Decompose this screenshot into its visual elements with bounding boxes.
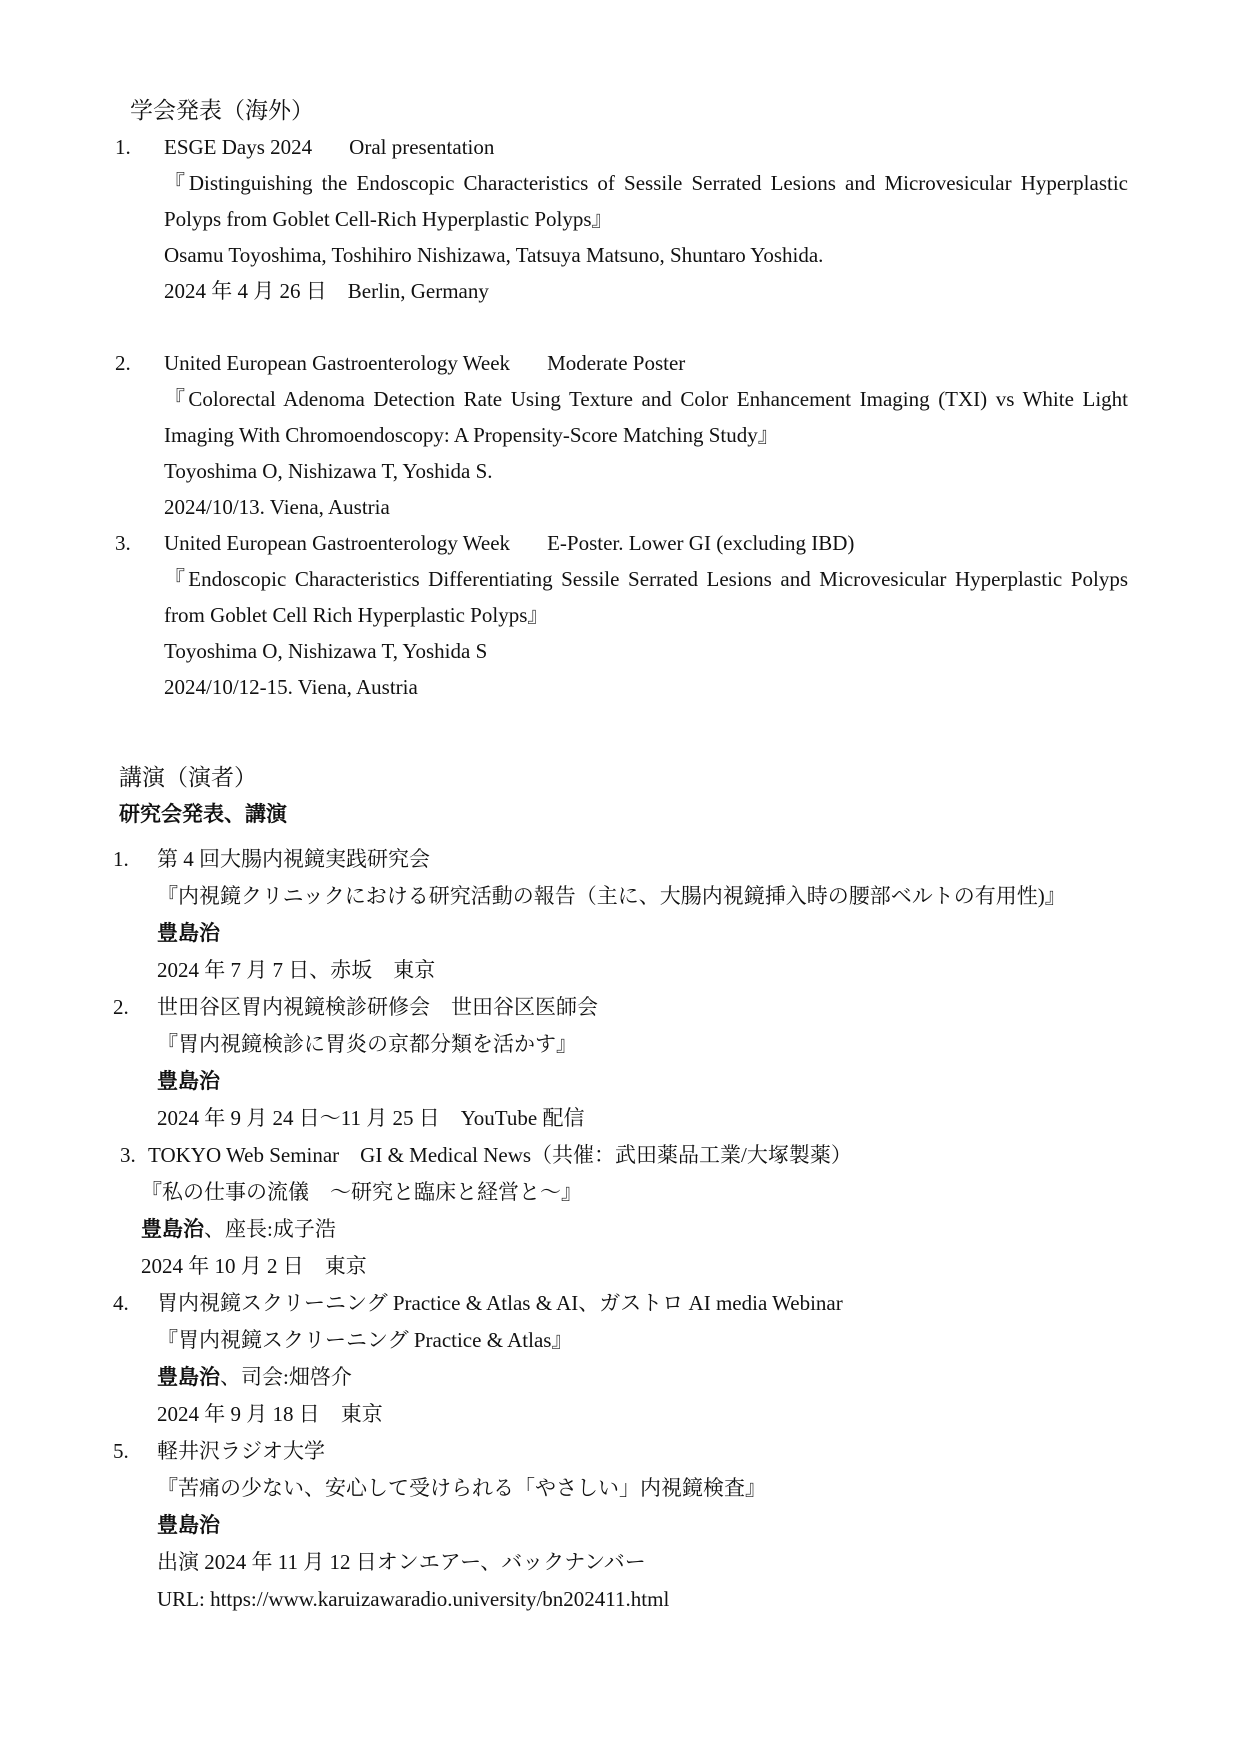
date-location: 2024/10/12-15. Viena, Austria <box>164 669 1128 705</box>
date-line: 2024 年 7 月 7 日、赤坂 東京 <box>157 952 1128 989</box>
item-number: 5. <box>113 1433 129 1470</box>
event-line: ESGE Days 2024Oral presentation <box>164 129 1128 165</box>
overseas-presentation-list: 1. ESGE Days 2024Oral presentation 『Dist… <box>115 129 1128 705</box>
lecture-item: 5. 軽井沢ラジオ大学 『苦痛の少ない、安心して受けられる「やさしい」内視鏡検査… <box>113 1433 1128 1618</box>
event-line: United European Gastroenterology WeekMod… <box>164 345 1128 381</box>
date-line: 2024 年 9 月 18 日 東京 <box>157 1396 1128 1433</box>
lecture-title: 『苦痛の少ない、安心して受けられる「やさしい」内視鏡検査』 <box>157 1470 1128 1507</box>
item-number: 2. <box>115 345 131 381</box>
lecture-title: 『内視鏡クリニックにおける研究活動の報告（主に、大腸内視鏡挿入時の腰部ベルトの有… <box>157 878 1128 915</box>
speaker-line: 豊島治 <box>157 1507 1128 1544</box>
event-name: 胃内視鏡スクリーニング Practice & Atlas & AI、ガストロ A… <box>157 1285 1128 1322</box>
presentation-title: 『Distinguishing the Endoscopic Character… <box>164 165 1128 237</box>
lecture-title: 『私の仕事の流儀 ～研究と臨床と経営と～』 <box>141 1174 1128 1211</box>
lecture-list: 1. 第 4 回大腸内視鏡実践研究会 『内視鏡クリニックにおける研究活動の報告（… <box>113 841 1128 1618</box>
event-name: United European Gastroenterology Week <box>164 531 510 555</box>
date-location: 2024 年 4 月 26 日 Berlin, Germany <box>164 273 1128 309</box>
authors: Toyoshima O, Nishizawa T, Yoshida S <box>164 633 1128 669</box>
event-name: TOKYO Web Seminar GI & Medical News（共催：武… <box>148 1137 1128 1174</box>
event-name: 第 4 回大腸内視鏡実践研究会 <box>157 841 1128 878</box>
event-line: United European Gastroenterology WeekE-P… <box>164 525 1128 561</box>
date-line: 2024 年 9 月 24 日～11 月 25 日 YouTube 配信 <box>157 1100 1128 1137</box>
speaker-name: 豊島治 <box>141 1217 204 1241</box>
event-name: 軽井沢ラジオ大学 <box>157 1433 1128 1470</box>
item-number: 4. <box>113 1285 129 1322</box>
session-type: E-Poster. Lower GI (excluding IBD) <box>547 531 854 555</box>
event-name: 世田谷区胃内視鏡検診研修会 世田谷区医師会 <box>157 989 1128 1026</box>
speaker-name: 豊島治 <box>157 1513 220 1537</box>
speaker-line: 豊島治、座長:成子浩 <box>141 1211 1128 1248</box>
lecture-item: 2. 世田谷区胃内視鏡検診研修会 世田谷区医師会 『胃内視鏡検診に胃炎の京都分類… <box>113 989 1128 1137</box>
item-number: 3. <box>120 1137 136 1174</box>
authors: Toyoshima O, Nishizawa T, Yoshida S. <box>164 453 1128 489</box>
lecture-title: 『胃内視鏡検診に胃炎の京都分類を活かす』 <box>157 1026 1128 1063</box>
speaker-line: 豊島治、司会:畑啓介 <box>157 1359 1128 1396</box>
lecture-title: 『胃内視鏡スクリーニング Practice & Atlas』 <box>157 1322 1128 1359</box>
presentation-title: 『Endoscopic Characteristics Differentiat… <box>164 561 1128 633</box>
speaker-extra: 、司会:畑啓介 <box>220 1365 352 1389</box>
item-number: 3. <box>115 525 131 561</box>
speaker-line: 豊島治 <box>157 1063 1128 1100</box>
document-page: 学会発表（海外） 1. ESGE Days 2024Oral presentat… <box>0 0 1240 1754</box>
item-number: 1. <box>115 129 131 165</box>
date-location: 2024/10/13. Viena, Austria <box>164 489 1128 525</box>
lecture-item: 4. 胃内視鏡スクリーニング Practice & Atlas & AI、ガスト… <box>113 1285 1128 1433</box>
session-type: Moderate Poster <box>547 351 685 375</box>
lecture-item: 3. TOKYO Web Seminar GI & Medical News（共… <box>113 1137 1128 1285</box>
event-name: ESGE Days 2024 <box>164 135 312 159</box>
presentation-item: 1. ESGE Days 2024Oral presentation 『Dist… <box>115 129 1128 309</box>
item-number: 2. <box>113 989 129 1026</box>
lectures-section-heading: 講演（演者） <box>119 760 1240 796</box>
speaker-name: 豊島治 <box>157 1069 220 1093</box>
speaker-extra: 、座長:成子浩 <box>204 1217 336 1241</box>
event-name: United European Gastroenterology Week <box>164 351 510 375</box>
url-line: URL: https://www.karuizawaradio.universi… <box>157 1581 1128 1618</box>
broadcast-line: 出演 2024 年 11 月 12 日オンエアー、バックナンバー <box>157 1544 1128 1581</box>
overseas-section-heading: 学会発表（海外） <box>130 93 1240 129</box>
presentation-item: 3. United European Gastroenterology Week… <box>115 525 1128 705</box>
authors: Osamu Toyoshima, Toshihiro Nishizawa, Ta… <box>164 237 1128 273</box>
item-number: 1. <box>113 841 129 878</box>
speaker-name: 豊島治 <box>157 921 220 945</box>
date-line: 2024 年 10 月 2 日 東京 <box>141 1248 1128 1285</box>
speaker-line: 豊島治 <box>157 915 1128 952</box>
session-type: Oral presentation <box>349 135 494 159</box>
speaker-name: 豊島治 <box>157 1365 220 1389</box>
presentation-title: 『Colorectal Adenoma Detection Rate Using… <box>164 381 1128 453</box>
presentation-item: 2. United European Gastroenterology Week… <box>115 345 1128 525</box>
lecture-item: 1. 第 4 回大腸内視鏡実践研究会 『内視鏡クリニックにおける研究活動の報告（… <box>113 841 1128 989</box>
lectures-subheading: 研究会発表、講演 <box>119 796 1240 833</box>
